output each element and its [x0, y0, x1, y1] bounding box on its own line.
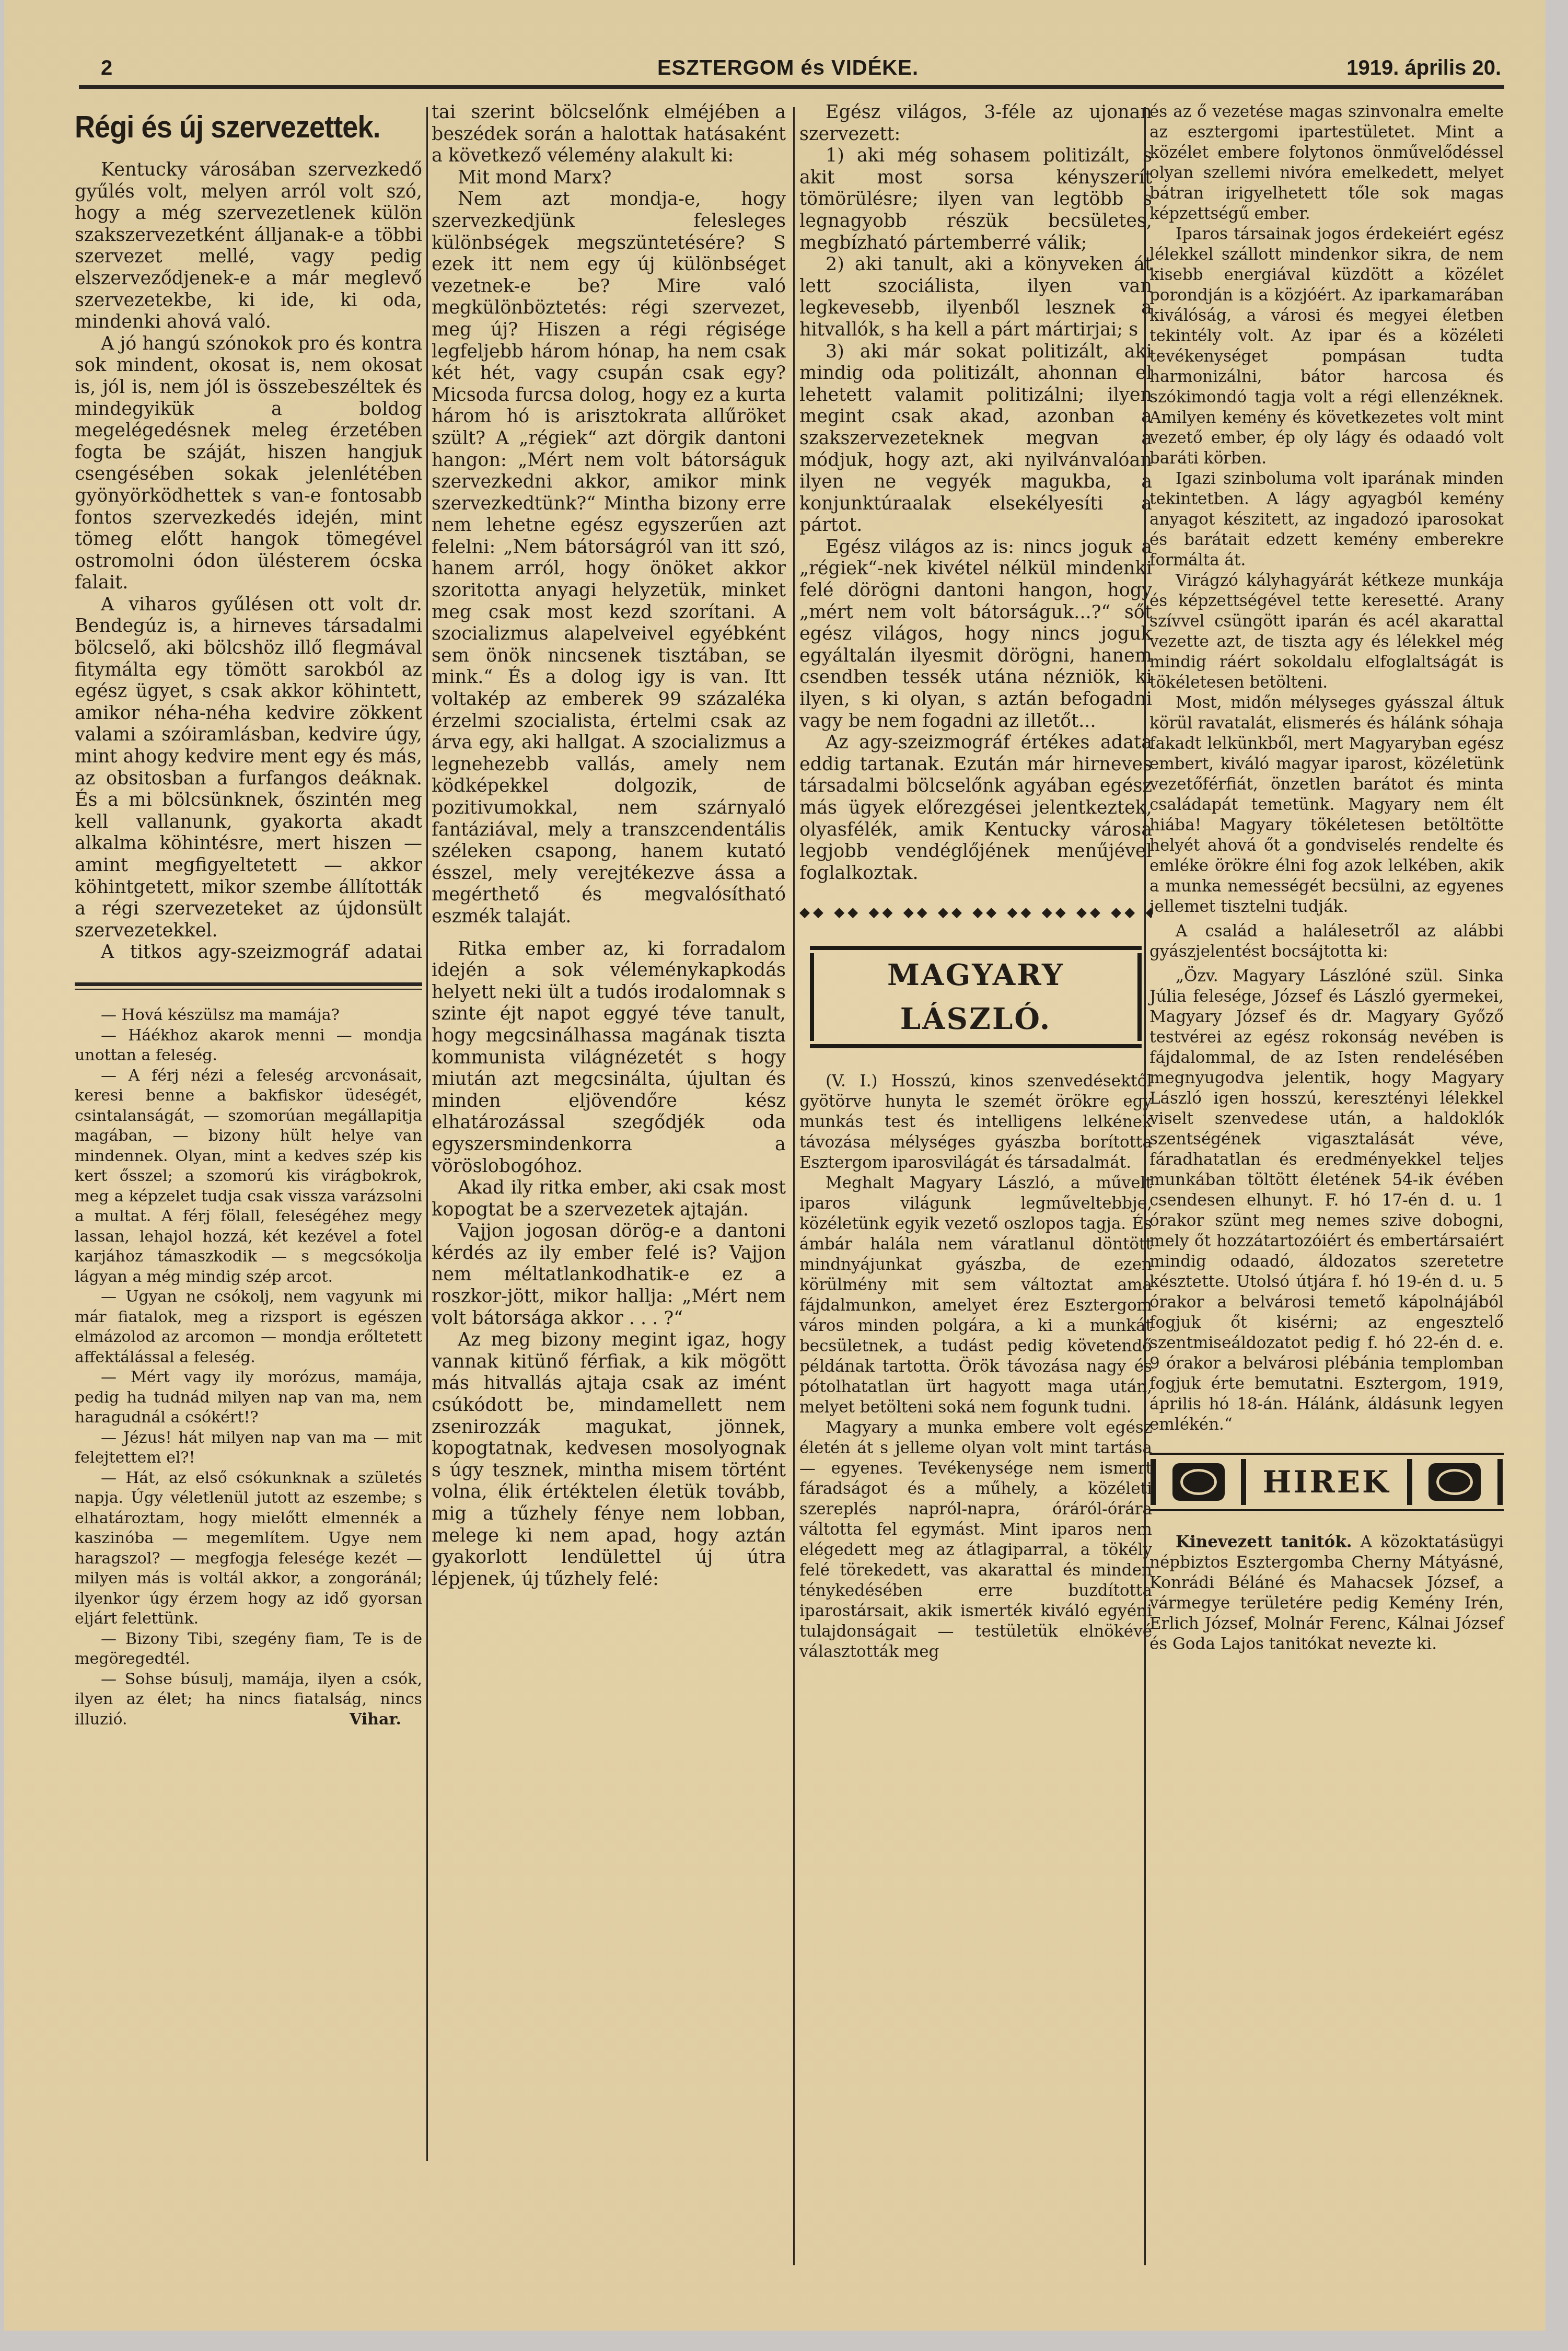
dialogue-line: — Mért vagy ily morózus, mamája, pedig h… [75, 1368, 422, 1428]
obituary-paragraph: Most, midőn mélyseges gyásszal áltuk kör… [1149, 693, 1504, 917]
obituary-paragraph: és az ő vezetése magas szinvonalra emelt… [1149, 102, 1504, 224]
article-paragraph: Az agy-szeizmográf értékes adata eddig t… [799, 732, 1152, 884]
obituary-paragraph: Magyary a munka embere volt egész életén… [799, 1418, 1152, 1662]
column-divider [426, 107, 428, 2161]
column-divider [793, 107, 795, 2265]
issue-date: 1919. április 20. [1346, 56, 1501, 80]
feuilleton: — Hová készülsz ma mamája? — Háékhoz aka… [75, 1005, 422, 1730]
article-paragraph: Egész világos, 3-féle az ujonan szerveze… [799, 102, 1152, 145]
obituary-paragraph: Iparos társainak jogos érdekeiért egész … [1149, 224, 1504, 469]
obituary-paragraph: Virágzó kályhagyárát kétkeze munkája és … [1149, 571, 1504, 693]
column-1: Régi és új szervezettek. Kentucky városá… [75, 102, 422, 1730]
dialogue-line: — Sohse búsulj, mamája, ilyen a csók, il… [75, 1670, 422, 1730]
header-rule [79, 85, 1504, 89]
article-paragraph: Kentucky városában szervezkedő gyűlés vo… [75, 159, 422, 333]
column-2: tai szerint bölcselőnk elméjében a beszé… [432, 102, 786, 1590]
section-separator [75, 982, 422, 990]
dialogue-line: — Ugyan ne csókolj, nem vagyunk mi már f… [75, 1287, 422, 1368]
column-4: és az ő vezetése magas szinvonalra emelt… [1149, 102, 1504, 1654]
article-paragraph: Akad ily ritka ember, aki csak most kopo… [432, 1177, 786, 1221]
author-signature: Vihar. [323, 1710, 401, 1730]
article-paragraph: A titkos agy-szeizmográf adatai szerint … [75, 942, 422, 964]
dialogue-line: — Jézus! hát milyen nap van ma — mit fel… [75, 1428, 422, 1468]
dialogue-line: — Bizony Tibi, szegény fiam, Te is de me… [75, 1629, 422, 1670]
article-paragraph: A jó hangú szónokok pro és kontra sok mi… [75, 333, 422, 594]
article-paragraph: tai szerint bölcselőnk elméjében a beszé… [432, 102, 786, 167]
obituary-title-box: MAGYARY LÁSZLÓ. [810, 946, 1142, 1048]
article-headline: Régi és új szervezettek. [75, 108, 388, 146]
article-paragraph: A viharos gyűlésen ott volt dr. Bendegúz… [75, 594, 422, 942]
news-item-title: Kinevezett tanitók. [1176, 1533, 1352, 1551]
news-section-banner: HIREK [1149, 1453, 1504, 1511]
article-paragraph: Nem azt mondja-e, hogy szervezkedjünk fe… [432, 189, 786, 928]
dialogue-line: — Hát, az első csókunknak a születés nap… [75, 1468, 422, 1629]
article-paragraph: Az meg bizony megint igaz, hogy vannak k… [432, 1329, 786, 1590]
dialogue-line: — A férj nézi a feleség arcvonásait, ker… [75, 1066, 422, 1288]
ornament-icon [1172, 1463, 1225, 1501]
article-paragraph: Ritka ember az, ki forradalom idején a s… [432, 939, 786, 1178]
obituary-paragraph: Meghalt Magyary László, a művelt iparos … [799, 1173, 1152, 1418]
article-paragraph: Egész világos az is: nincs joguk a „régi… [799, 537, 1152, 732]
newspaper-page: 2 ESZTERGOM és VIDÉKE. 1919. április 20.… [4, 0, 1546, 2331]
obituary-paragraph: Igazi szinboluma volt iparának minden te… [1149, 469, 1504, 571]
news-item: Kinevezett tanitók. A közoktatásügyi nép… [1149, 1532, 1504, 1654]
news-section-title: HIREK [1263, 1472, 1391, 1492]
list-item: 1) aki még sohasem politizált, s akit mo… [799, 145, 1152, 254]
column-3: Egész világos, 3-féle az ujonan szerveze… [799, 102, 1152, 1662]
obituary-paragraph: (V. I.) Hosszú, kinos szenvedésektől gyö… [799, 1071, 1152, 1173]
article-paragraph: Vajjon jogosan dörög-e a dantoni kérdés … [432, 1221, 786, 1329]
obituary-paragraph: A család a halálesetről az alábbi gyászj… [1149, 921, 1504, 962]
list-item: 3) aki már sokat politizált, aki mindig … [799, 341, 1152, 537]
page-header: 2 ESZTERGOM és VIDÉKE. 1919. április 20. [75, 52, 1501, 79]
newspaper-title: ESZTERGOM és VIDÉKE. [75, 56, 1501, 80]
death-notice: „Özv. Magyary Lászlóné szül. Sinka Júlia… [1149, 966, 1504, 1435]
ornament-icon [1428, 1463, 1481, 1501]
list-item: 2) aki tanult, aki a könyveken át lett s… [799, 254, 1152, 341]
obituary-title: MAGYARY LÁSZLÓ. [810, 953, 1142, 1041]
article-paragraph: Mit mond Marx? [432, 167, 786, 189]
obituary-body: (V. I.) Hosszú, kinos szenvedésektől gyö… [799, 1071, 1152, 1662]
dialogue-line: — Hová készülsz ma mamája? [75, 1005, 422, 1026]
dialogue-line: — Háékhoz akarok menni — mondja unottan … [75, 1026, 422, 1066]
ornamental-divider: ◆◆ ◆◆ ◆◆ ◆◆ ◆◆ ◆◆ ◆◆ ◆◆ ◆◆ ◆◆ ◆◆ ◆◆ ◆◆ ◆… [799, 902, 1152, 924]
